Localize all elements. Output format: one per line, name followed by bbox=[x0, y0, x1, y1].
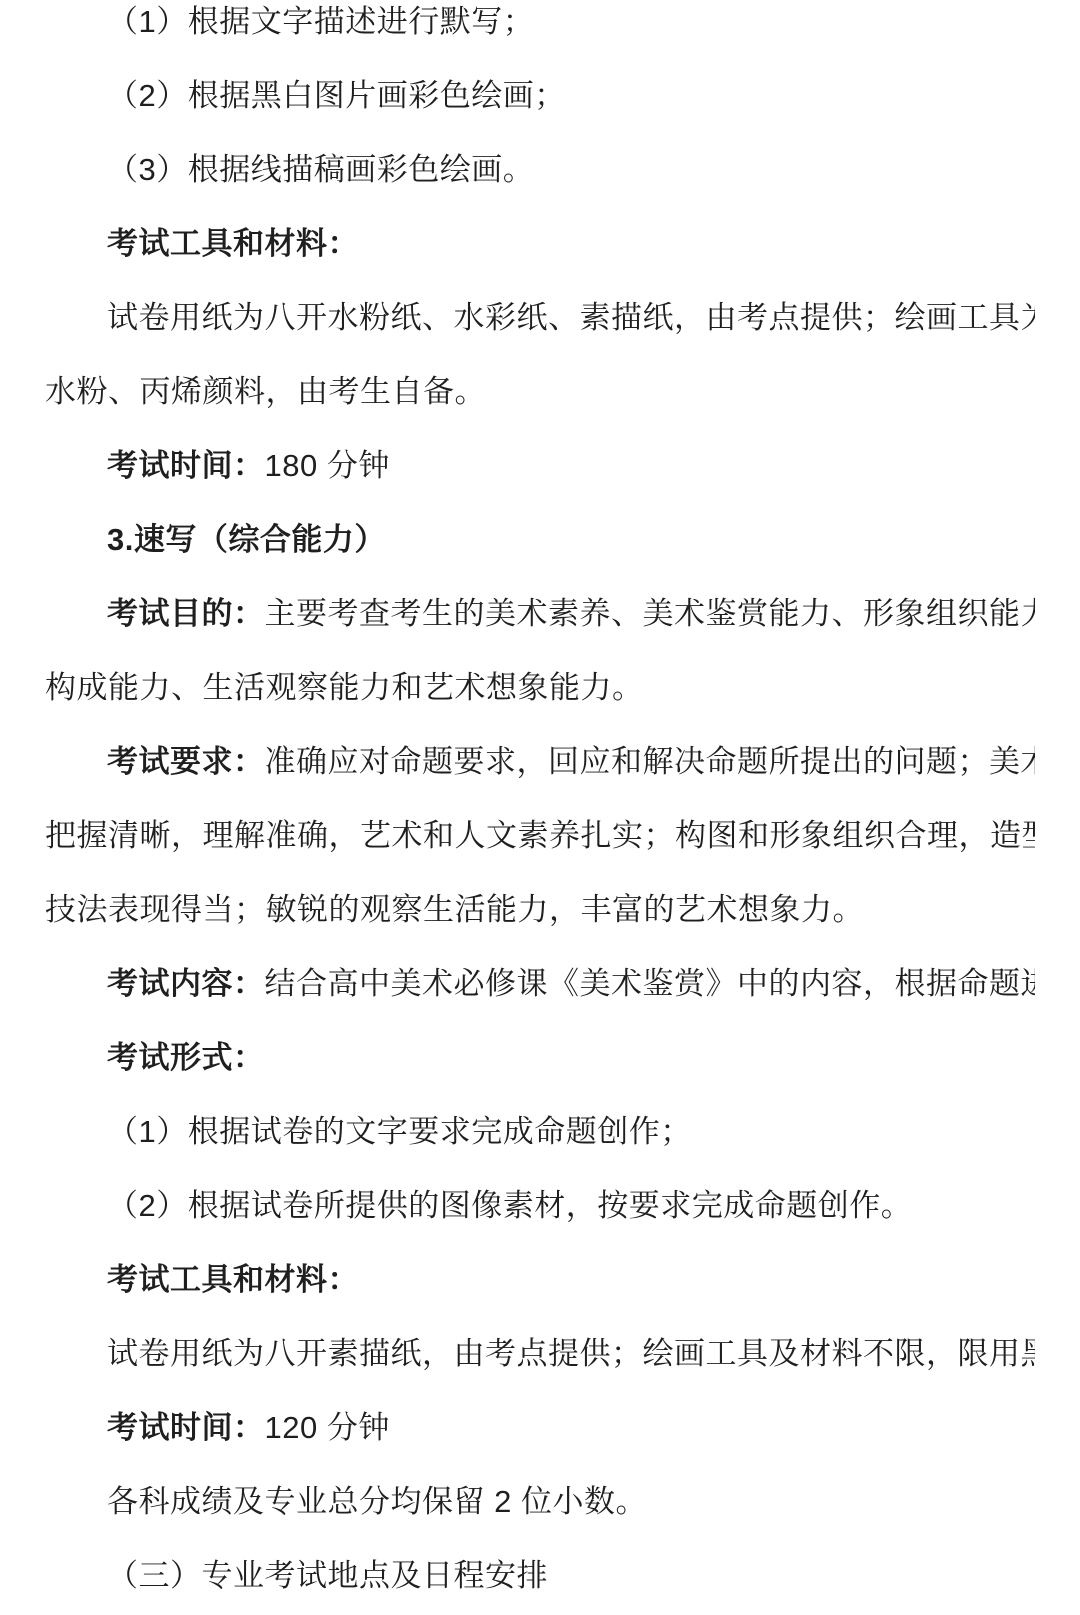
numbered-item-format-1-segment-1: （1）根据试卷的文字要求完成命题创作； bbox=[107, 1114, 692, 1149]
paragraph-paper-2-segment-1: 试卷用纸为八开素描纸，由考点提供；绘画工具及材料不限，限用黑白表现。 bbox=[107, 1336, 1035, 1371]
paragraph-score-note-segment-1: 各科成绩及专业总分均保留 2 位小数。 bbox=[107, 1484, 647, 1519]
exam-purpose-line-1-segment-2: 主要考查考生的美术素养、美术鉴赏能力、形象组织能力、画面 bbox=[265, 596, 1036, 631]
exam-content-segment-1: 考试内容： bbox=[107, 966, 265, 1001]
exam-content: 考试内容：结合高中美术必修课《美术鉴赏》中的内容，根据命题进行创作。 bbox=[45, 947, 1035, 1021]
numbered-item-2-segment-1: （2）根据黑白图片画彩色绘画； bbox=[107, 78, 566, 113]
document-body: （1）根据文字描述进行默写；（2）根据黑白图片画彩色绘画；（3）根据线描稿画彩色… bbox=[0, 0, 1080, 1613]
section-heading-tools-2: 考试工具和材料： bbox=[45, 1243, 1035, 1317]
subsection-heading-location: （三）专业考试地点及日程安排 bbox=[45, 1539, 1035, 1613]
paragraph-paper-1-line-2: 水粉、丙烯颜料，由考生自备。 bbox=[45, 355, 1035, 429]
section-heading-tools-1-segment-1: 考试工具和材料： bbox=[107, 226, 359, 261]
numbered-item-format-2-segment-1: （2）根据试卷所提供的图像素材，按要求完成命题创作。 bbox=[107, 1188, 912, 1223]
section-heading-sketch: 3.速写（综合能力） bbox=[45, 503, 1035, 577]
section-heading-format-segment-1: 考试形式： bbox=[107, 1040, 265, 1075]
numbered-item-format-1: （1）根据试卷的文字要求完成命题创作； bbox=[45, 1095, 1035, 1169]
exam-requirements-line-1-segment-2: 准确应对命题要求，回应和解决命题所提出的问题；美术知识点 bbox=[265, 744, 1036, 779]
exam-purpose-line-2: 构成能力、生活观察能力和艺术想象能力。 bbox=[45, 651, 1035, 725]
exam-duration-1: 考试时间：180 分钟 bbox=[45, 429, 1035, 503]
section-heading-format: 考试形式： bbox=[45, 1021, 1035, 1095]
numbered-item-3: （3）根据线描稿画彩色绘画。 bbox=[45, 133, 1035, 207]
section-heading-tools-1: 考试工具和材料： bbox=[45, 207, 1035, 281]
exam-purpose-line-1: 考试目的：主要考查考生的美术素养、美术鉴赏能力、形象组织能力、画面 bbox=[45, 577, 1035, 651]
section-heading-sketch-segment-1: 3.速写（综合能力） bbox=[107, 522, 386, 557]
exam-duration-1-segment-1: 考试时间： bbox=[107, 448, 265, 483]
exam-content-segment-2: 结合高中美术必修课《美术鉴赏》中的内容，根据命题进行创作。 bbox=[265, 966, 1036, 1001]
paragraph-paper-1-line-1: 试卷用纸为八开水粉纸、水彩纸、素描纸，由考点提供；绘画工具为水彩、 bbox=[45, 281, 1035, 355]
exam-requirements-line-2-segment-1: 把握清晰，理解准确，艺术和人文素养扎实；构图和形象组织合理，造型生动， bbox=[45, 818, 1035, 853]
exam-duration-2-segment-2: 120 分钟 bbox=[265, 1410, 390, 1445]
paragraph-paper-2: 试卷用纸为八开素描纸，由考点提供；绘画工具及材料不限，限用黑白表现。 bbox=[45, 1317, 1035, 1391]
numbered-item-format-2: （2）根据试卷所提供的图像素材，按要求完成命题创作。 bbox=[45, 1169, 1035, 1243]
exam-requirements-line-1: 考试要求：准确应对命题要求，回应和解决命题所提出的问题；美术知识点 bbox=[45, 725, 1035, 799]
exam-requirements-line-2: 把握清晰，理解准确，艺术和人文素养扎实；构图和形象组织合理，造型生动， bbox=[45, 799, 1035, 873]
exam-purpose-line-2-segment-1: 构成能力、生活观察能力和艺术想象能力。 bbox=[45, 670, 644, 705]
exam-requirements-line-1-segment-1: 考试要求： bbox=[107, 744, 265, 779]
numbered-item-3-segment-1: （3）根据线描稿画彩色绘画。 bbox=[107, 152, 534, 187]
exam-requirements-line-3-segment-1: 技法表现得当；敏锐的观察生活能力，丰富的艺术想象力。 bbox=[45, 892, 864, 927]
exam-duration-2: 考试时间：120 分钟 bbox=[45, 1391, 1035, 1465]
document-page: （1）根据文字描述进行默写；（2）根据黑白图片画彩色绘画；（3）根据线描稿画彩色… bbox=[0, 0, 1080, 1615]
subsection-heading-location-segment-1: （三）专业考试地点及日程安排 bbox=[107, 1558, 548, 1593]
exam-duration-2-segment-1: 考试时间： bbox=[107, 1410, 265, 1445]
paragraph-paper-1-line-2-segment-1: 水粉、丙烯颜料，由考生自备。 bbox=[45, 374, 486, 409]
section-heading-tools-2-segment-1: 考试工具和材料： bbox=[107, 1262, 359, 1297]
numbered-item-2: （2）根据黑白图片画彩色绘画； bbox=[45, 59, 1035, 133]
exam-purpose-line-1-segment-1: 考试目的： bbox=[107, 596, 265, 631]
numbered-item-1-segment-1: （1）根据文字描述进行默写； bbox=[107, 4, 534, 39]
paragraph-paper-1-line-1-segment-1: 试卷用纸为八开水粉纸、水彩纸、素描纸，由考点提供；绘画工具为水彩、 bbox=[107, 300, 1035, 335]
exam-requirements-line-3: 技法表现得当；敏锐的观察生活能力，丰富的艺术想象力。 bbox=[45, 873, 1035, 947]
numbered-item-1: （1）根据文字描述进行默写； bbox=[45, 0, 1035, 59]
paragraph-score-note: 各科成绩及专业总分均保留 2 位小数。 bbox=[45, 1465, 1035, 1539]
exam-duration-1-segment-2: 180 分钟 bbox=[265, 448, 390, 483]
